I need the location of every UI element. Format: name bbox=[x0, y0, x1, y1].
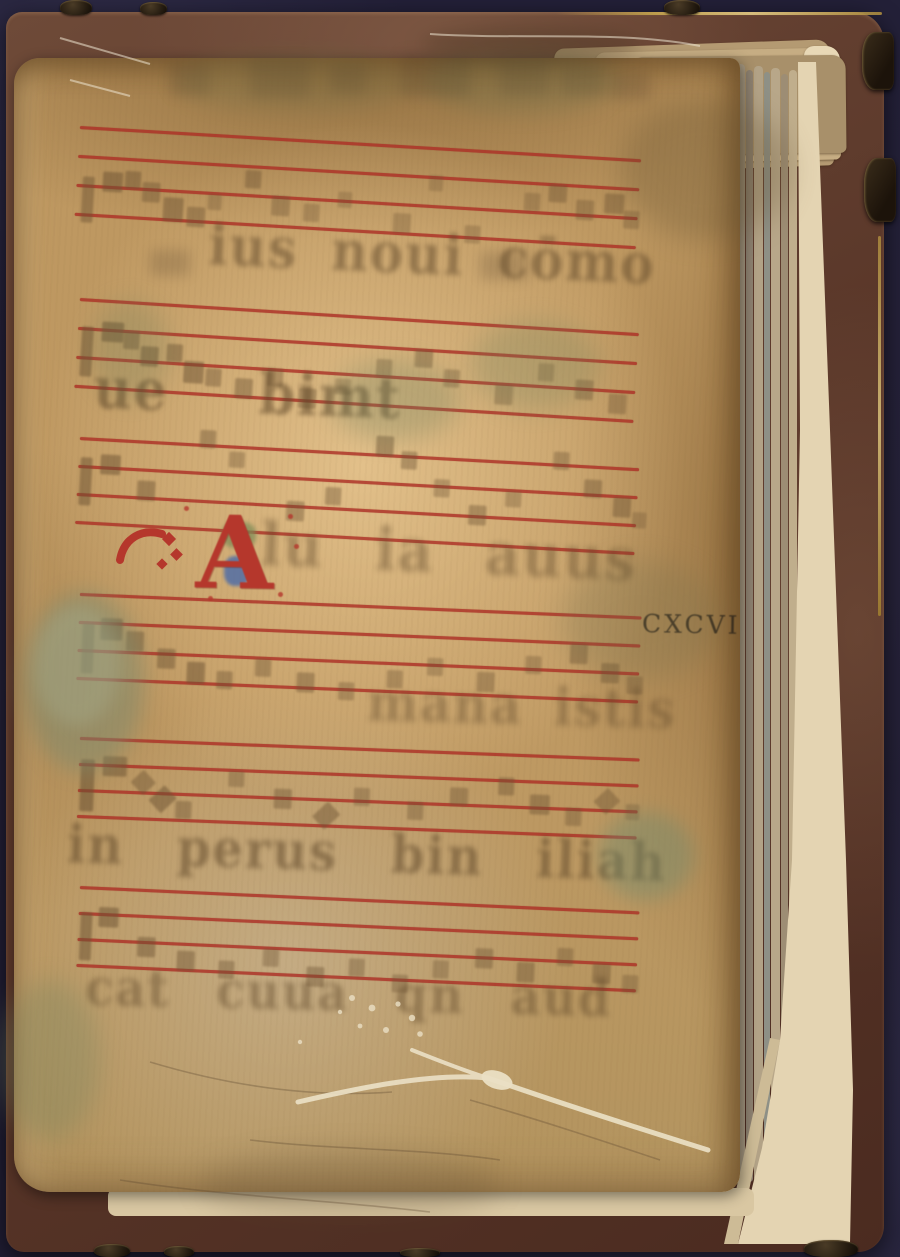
stain bbox=[598, 812, 694, 900]
stain bbox=[420, 48, 620, 114]
binding-boss bbox=[664, 0, 700, 15]
binding-foot bbox=[400, 1248, 440, 1257]
binding-foot bbox=[164, 1246, 194, 1257]
stain bbox=[200, 1150, 500, 1220]
stain bbox=[470, 320, 600, 410]
stain bbox=[560, 560, 720, 680]
binding-boss bbox=[60, 0, 92, 15]
clasp bbox=[862, 32, 894, 90]
binding-boss bbox=[140, 2, 167, 15]
stain-layer bbox=[0, 0, 900, 1257]
stain bbox=[620, 100, 790, 240]
stain bbox=[24, 592, 144, 772]
stain bbox=[34, 606, 120, 726]
manuscript-photo: ius noui cōmoue bimtlu ia auusmana istis… bbox=[0, 0, 900, 1257]
binding-foot bbox=[804, 1240, 858, 1257]
stain bbox=[330, 360, 460, 440]
stain bbox=[0, 980, 100, 1140]
binding-foot bbox=[94, 1244, 130, 1257]
clasp bbox=[864, 158, 896, 222]
stain bbox=[175, 52, 415, 112]
stain bbox=[90, 300, 170, 400]
stain bbox=[420, 26, 640, 62]
